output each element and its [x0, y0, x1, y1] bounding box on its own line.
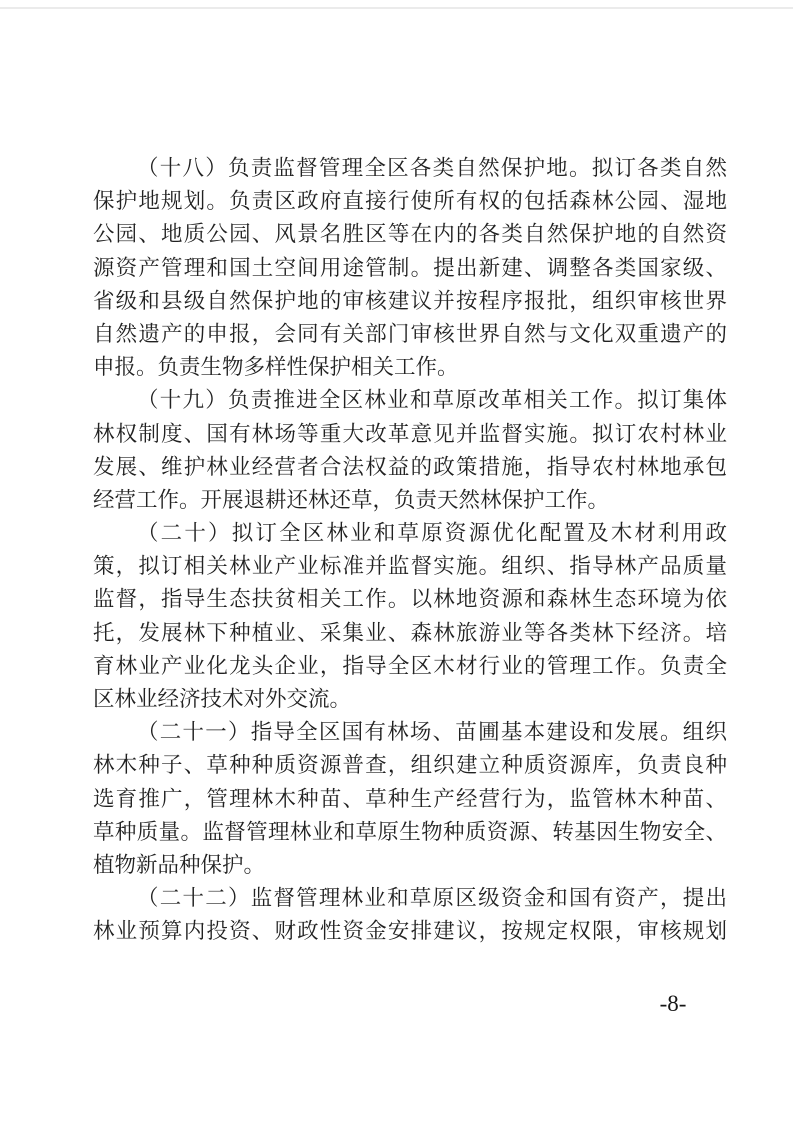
text-line: 托，发展林下种植业、采集业、森林旅游业等各类林下经济。培: [93, 617, 727, 650]
text-line: （二十一）指导全区国有林场、苗圃基本建设和发展。组织: [93, 716, 727, 749]
text-line: 申报。负责生物多样性保护相关工作。: [93, 351, 727, 384]
text-line: 监督，指导生态扶贫相关工作。以林地资源和森林生态环境为依: [93, 583, 727, 616]
scan-artifact-line: [0, 7, 793, 9]
text-line: 自然遗产的申报，会同有关部门审核世界自然与文化双重遗产的: [93, 318, 727, 351]
document-page: { "page": { "background": "#ffffff", "te…: [0, 0, 793, 1122]
text-line: 育林业产业化龙头企业，指导全区木材行业的管理工作。负责全: [93, 650, 727, 683]
text-line: 林业预算内投资、财政性资金安排建议，按规定权限，审核规划: [93, 915, 727, 948]
text-line: （二十）拟订全区林业和草原资源优化配置及木材利用政: [93, 517, 727, 550]
text-line: 选育推广，管理林木种苗、草种生产经营行为，监管林木种苗、: [93, 783, 727, 816]
text-line: 省级和县级自然保护地的审核建议并按程序报批，组织审核世界: [93, 285, 727, 318]
text-line: 发展、维护林业经营者合法权益的政策措施，指导农村林地承包: [93, 451, 727, 484]
page-number: -8-: [650, 991, 696, 1017]
text-line: 经营工作。开展退耕还林还草，负责天然林保护工作。: [93, 484, 727, 517]
text-line: （十九）负责推进全区林业和草原改革相关工作。拟订集体: [93, 384, 727, 417]
text-line: 植物新品种保护。: [93, 849, 727, 882]
text-line: （十八）负责监督管理全区各类自然保护地。拟订各类自然: [93, 152, 727, 185]
text-line: 草种质量。监督管理林业和草原生物种质资源、转基因生物安全、: [93, 816, 727, 849]
text-line: 策，拟订相关林业产业标准并监督实施。组织、指导林产品质量: [93, 550, 727, 583]
text-line: 林权制度、国有林场等重大改革意见并监督实施。拟订农村林业: [93, 418, 727, 451]
text-line: 源资产管理和国土空间用途管制。提出新建、调整各类国家级、: [93, 252, 727, 285]
text-line: 公园、地质公园、风景名胜区等在内的各类自然保护地的自然资: [93, 218, 727, 251]
text-line: 林木种子、草种种质资源普查，组织建立种质资源库，负责良种: [93, 749, 727, 782]
text-line: 保护地规划。负责区政府直接行使所有权的包括森林公园、湿地: [93, 185, 727, 218]
document-body: （十八）负责监督管理全区各类自然保护地。拟订各类自然保护地规划。负责区政府直接行…: [93, 152, 727, 949]
text-line: （二十二）监督管理林业和草原区级资金和国有资产，提出: [93, 882, 727, 915]
text-line: 区林业经济技术对外交流。: [93, 683, 727, 716]
page: （十八）负责监督管理全区各类自然保护地。拟订各类自然保护地规划。负责区政府直接行…: [0, 0, 793, 1122]
